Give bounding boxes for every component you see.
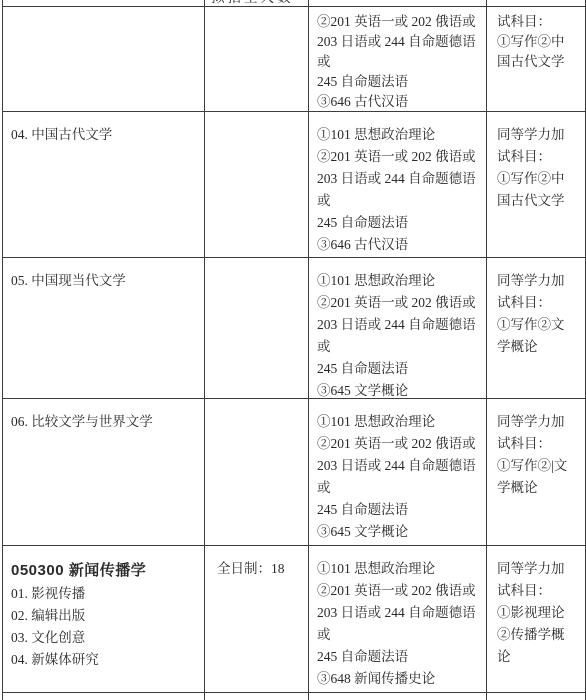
- major-cell: 04. 中国古代文学: [3, 112, 205, 257]
- enrollment-cell: 全日制：18: [205, 546, 309, 692]
- clipped-header-text: 拟招生人数: [211, 0, 294, 4]
- header-cell-major: [3, 0, 205, 6]
- note-cell: 同等学力加 试科目： ①写作②文 学概论: [487, 258, 586, 398]
- document-page: { "document": { "background": "#ffffff",…: [0, 0, 586, 700]
- major-cell: 06. 比较文学与世界文学: [3, 399, 205, 545]
- major-cell: [3, 7, 205, 111]
- enrollment-cell: [205, 258, 309, 398]
- major-code-title: 050300 新闻传播学: [11, 558, 198, 583]
- header-cell-exam-subjects: [309, 0, 487, 6]
- admissions-table-body: ②201 英语一或 202 俄语或 203 日语或 244 自命题德语或 245…: [3, 7, 586, 700]
- research-directions: 05. 中国现当代文学: [11, 273, 126, 288]
- enrollment-cell: [205, 693, 309, 700]
- research-directions: 06. 比较文学与世界文学: [11, 414, 153, 429]
- enrollment-cell: [205, 7, 309, 111]
- research-directions: 04. 中国古代文学: [11, 127, 112, 142]
- note-cell: 同等学力加 试科目： ①写作②中 国古代文学: [487, 112, 586, 257]
- exam-subjects-cell: [309, 693, 487, 700]
- table-row: 05. 中国现当代文学①101 思想政治理论 ②201 英语一或 202 俄语或…: [3, 258, 586, 399]
- note-cell: 同等学力加 试科目： ①写作②|文 学概论: [487, 399, 586, 545]
- enrollment-cell: [205, 399, 309, 545]
- exam-subjects-cell: ①101 思想政治理论 ②201 英语一或 202 俄语或 203 日语或 24…: [309, 258, 487, 398]
- note-cell: 同等学力加 试科目： ①影视理论 ②传播学概 论: [487, 546, 586, 692]
- enrollment-cell: [205, 112, 309, 257]
- table-row: ②201 英语一或 202 俄语或 203 日语或 244 自命题德语或 245…: [3, 7, 586, 112]
- exam-subjects-cell: ②201 英语一或 202 俄语或 203 日语或 244 自命题德语或 245…: [309, 7, 487, 111]
- major-cell: 05. 中国现当代文学: [3, 258, 205, 398]
- table-row: 04. 中国古代文学①101 思想政治理论 ②201 英语一或 202 俄语或 …: [3, 112, 586, 258]
- exam-subjects-cell: ①101 思想政治理论 ②201 英语一或 202 俄语或 203 日语或 24…: [309, 546, 487, 692]
- exam-subjects-cell: ①101 思想政治理论 ②201 英语一或 202 俄语或 203 日语或 24…: [309, 399, 487, 545]
- table-row: [3, 693, 586, 700]
- header-cell-enrollment: 拟招生人数: [205, 0, 309, 6]
- table-header-row-clipped: 拟招生人数: [3, 0, 586, 7]
- note-cell: 试科目： ①写作②中 国古代文学: [487, 7, 586, 111]
- header-cell-note: [487, 0, 586, 6]
- major-cell: 050300 新闻传播学01. 影视传播 02. 编辑出版 03. 文化创意 0…: [3, 546, 205, 692]
- major-cell: [3, 693, 205, 700]
- research-directions: 01. 影视传播 02. 编辑出版 03. 文化创意 04. 新媒体研究: [11, 586, 99, 667]
- table-row: 050300 新闻传播学01. 影视传播 02. 编辑出版 03. 文化创意 0…: [3, 546, 586, 693]
- table-row: 06. 比较文学与世界文学①101 思想政治理论 ②201 英语一或 202 俄…: [3, 399, 586, 546]
- exam-subjects-cell: ①101 思想政治理论 ②201 英语一或 202 俄语或 203 日语或 24…: [309, 112, 487, 257]
- admissions-table: 拟招生人数 ②201 英语一或 202 俄语或 203 日语或 244 自命题德…: [2, 0, 586, 700]
- note-cell: [487, 693, 586, 700]
